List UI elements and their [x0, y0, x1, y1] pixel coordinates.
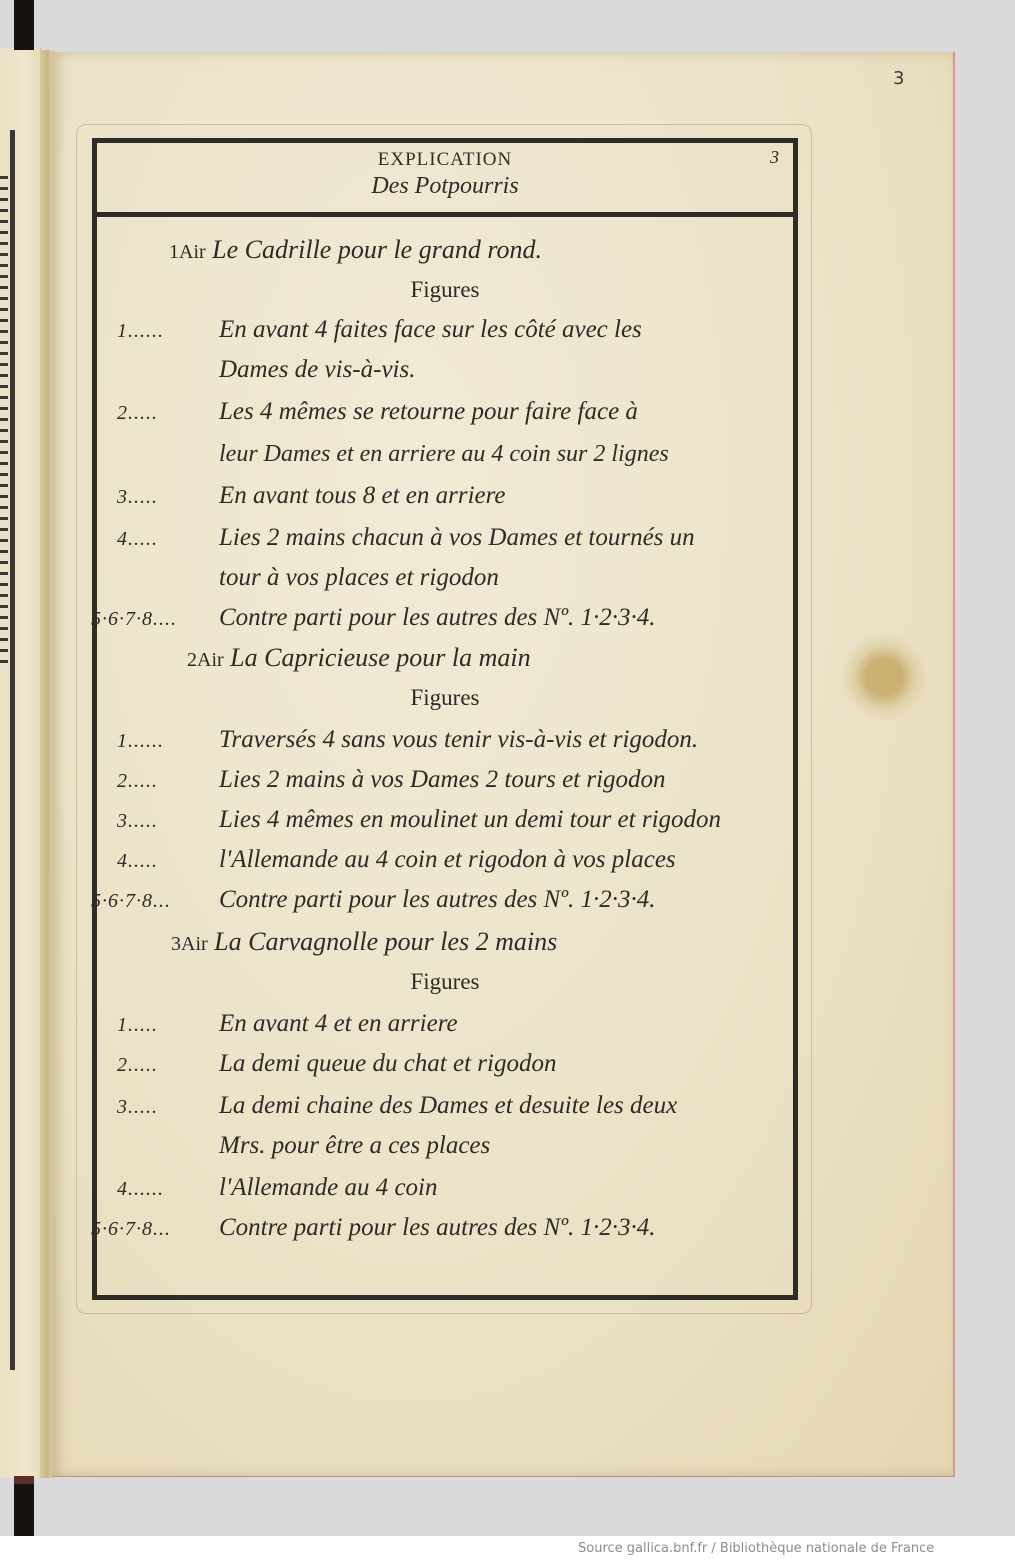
bookmark-ribbon-top: [14, 0, 34, 50]
figure-number: 3.....: [117, 1092, 219, 1122]
facing-page-rules: [0, 168, 8, 668]
figure-text: En avant 4 faites face sur les côté avec…: [219, 316, 642, 343]
figure-number: 4.....: [117, 524, 219, 554]
figure-line: 1.....En avant 4 et en arriere: [117, 1009, 458, 1040]
figure-number: 1......: [117, 726, 219, 756]
figure-line: 4......l'Allemande au 4 coin: [117, 1173, 438, 1204]
figure-line: 3.....La demi chaine des Dames et desuit…: [117, 1091, 677, 1122]
figure-number: 3.....: [117, 806, 219, 836]
figure-text: Traversés 4 sans vous tenir vis-à-vis et…: [219, 726, 698, 753]
figure-number: 5·6·7·8...: [91, 1214, 219, 1244]
figure-number: 2.....: [117, 766, 219, 796]
figures-heading: Figures: [97, 683, 793, 713]
air-number: 3Air: [171, 933, 208, 955]
figure-number: 2.....: [117, 398, 219, 428]
figure-text: Contre parti pour les autres des Nº. 1·2…: [219, 1214, 655, 1241]
figure-continuation: Dames de vis-à-vis.: [219, 355, 415, 385]
figure-text: l'Allemande au 4 coin et rigodon à vos p…: [219, 846, 676, 873]
engraved-frame: EXPLICATION Des Potpourris 3 1Air Le Cad…: [92, 138, 798, 1300]
figure-number: 3.....: [117, 482, 219, 512]
figure-number: 2.....: [117, 1050, 219, 1080]
figure-text: Lies 4 mêmes en moulinet un demi tour et…: [219, 806, 721, 833]
figure-text: Contre parti pour les autres des Nº. 1·2…: [219, 604, 655, 631]
figure-line: 3.....Lies 4 mêmes en moulinet un demi t…: [117, 805, 721, 836]
figure-text: La demi chaine des Dames et desuite les …: [219, 1092, 677, 1119]
page-number: 3: [893, 68, 904, 89]
figure-text: Les 4 mêmes se retourne pour faire face …: [219, 398, 638, 425]
figure-line: 5·6·7·8....Contre parti pour les autres …: [91, 603, 655, 634]
figure-number: 4.....: [117, 846, 219, 876]
figure-text: En avant 4 et en arriere: [219, 1010, 458, 1037]
air-title: La Carvagnolle pour les 2 mains: [214, 927, 557, 956]
figure-line: 2.....La demi queue du chat et rigodon: [117, 1049, 556, 1080]
air-heading: 2Air La Capricieuse pour la main: [187, 643, 531, 675]
figure-line: 4.....Lies 2 mains chacun à vos Dames et…: [117, 523, 695, 554]
figure-line: 2.....Lies 2 mains à vos Dames 2 tours e…: [117, 765, 666, 796]
figure-text: l'Allemande au 4 coin: [219, 1174, 438, 1201]
air-number: 2Air: [187, 649, 224, 671]
figure-number: 5·6·7·8...: [91, 886, 219, 916]
page-subtitle: Des Potpourris: [97, 173, 793, 200]
page-title: EXPLICATION: [97, 149, 793, 171]
figure-number: 1......: [117, 316, 219, 346]
air-title: La Capricieuse pour la main: [230, 643, 530, 672]
air-heading: 1Air Le Cadrille pour le grand rond.: [169, 235, 542, 267]
figures-heading: Figures: [97, 967, 793, 997]
figure-text: La demi queue du chat et rigodon: [219, 1050, 556, 1077]
figure-line: 3.....En avant tous 8 et en arriere: [117, 481, 506, 512]
figure-line: 5·6·7·8...Contre parti pour les autres d…: [91, 1213, 655, 1244]
figure-text: En avant tous 8 et en arriere: [219, 482, 506, 509]
plate-number: 3: [770, 147, 779, 168]
figure-line: 1......Traversés 4 sans vous tenir vis-à…: [117, 725, 698, 756]
source-credit: Source gallica.bnf.fr / Bibliothèque nat…: [578, 1541, 934, 1556]
air-heading: 3Air La Carvagnolle pour les 2 mains: [171, 927, 557, 959]
figures-heading: Figures: [97, 275, 793, 305]
figure-text: Contre parti pour les autres des Nº. 1·2…: [219, 886, 655, 913]
frame-header: EXPLICATION Des Potpourris 3: [97, 143, 793, 217]
figure-line: 5·6·7·8...Contre parti pour les autres d…: [91, 885, 655, 916]
bookmark-ribbon-bottom: [14, 1476, 34, 1536]
figure-line: 4.....l'Allemande au 4 coin et rigodon à…: [117, 845, 676, 876]
figure-continuation: leur Dames et en arriere au 4 coin sur 2…: [219, 439, 669, 469]
figure-line: 2.....Les 4 mêmes se retourne pour faire…: [117, 397, 638, 428]
figure-continuation: tour à vos places et rigodon: [219, 563, 499, 593]
facing-page-edge: [0, 48, 41, 1478]
air-title: Le Cadrille pour le grand rond.: [212, 235, 542, 264]
figure-continuation: Mrs. pour être a ces places: [219, 1131, 490, 1161]
figure-number: 1.....: [117, 1010, 219, 1040]
air-number: 1Air: [169, 241, 206, 263]
figure-text: Lies 2 mains à vos Dames 2 tours et rigo…: [219, 766, 666, 793]
figure-number: 4......: [117, 1174, 219, 1204]
figure-line: 1......En avant 4 faites face sur les cô…: [117, 315, 642, 346]
figure-number: 5·6·7·8....: [91, 604, 219, 634]
figure-text: Lies 2 mains chacun à vos Dames et tourn…: [219, 524, 695, 551]
